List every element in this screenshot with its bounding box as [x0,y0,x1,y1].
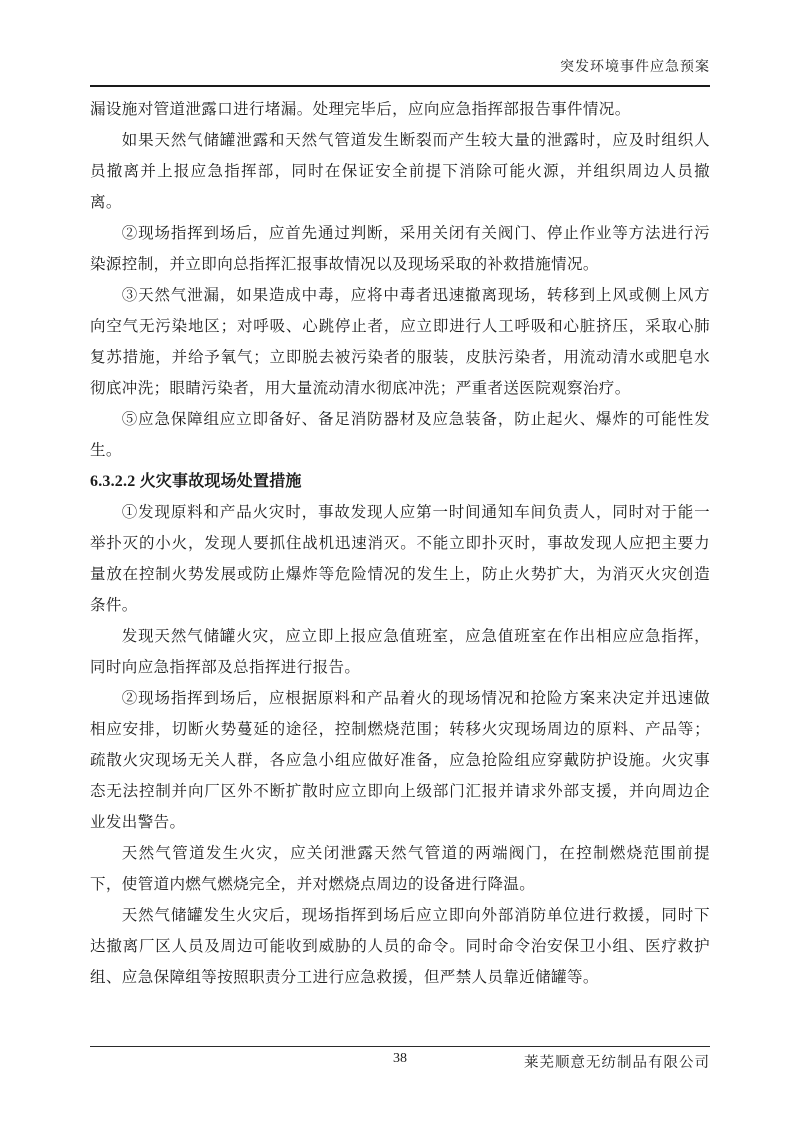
paragraph-continuation: 漏设施对管道泄露口进行堵漏。处理完毕后，应向应急指挥部报告事件情况。 [90,94,710,125]
paragraph: 如果天然气储罐泄露和天然气管道发生断裂而产生较大量的泄露时，应及时组织人员撤离并… [90,125,710,218]
document-body: 漏设施对管道泄露口进行堵漏。处理完毕后，应向应急指挥部报告事件情况。 如果天然气… [90,94,710,993]
paragraph: ②现场指挥到场后，应首先通过判断，采用关闭有关阀门、停止作业等方法进行污染源控制… [90,218,710,280]
paragraph: 天然气储罐发生火灾后，现场指挥到场后应立即向外部消防单位进行救援，同时下达撤离厂… [90,900,710,993]
paragraph: ①发现原料和产品火灾时，事故发现人应第一时间通知车间负责人，同时对于能一举扑灭的… [90,497,710,621]
paragraph: ③天然气泄漏，如果造成中毒，应将中毒者迅速撤离现场，转移到上风或侧上风方向空气无… [90,280,710,404]
paragraph: 天然气管道发生火灾，应关闭泄露天然气管道的两端阀门，在控制燃烧范围前提下，使管道… [90,838,710,900]
page-header: 突发环境事件应急预案 [90,56,710,87]
document-page: 突发环境事件应急预案 漏设施对管道泄露口进行堵漏。处理完毕后，应向应急指挥部报告… [0,0,800,1131]
paragraph: 发现天然气储罐火灾，应立即上报应急值班室，应急值班室在作出相应应急指挥，同时向应… [90,621,710,683]
header-title: 突发环境事件应急预案 [560,60,710,75]
section-heading: 6.3.2.2 火灾事故现场处置措施 [90,466,710,497]
paragraph: ②现场指挥到场后，应根据原料和产品着火的现场情况和抢险方案来决定并迅速做相应安排… [90,683,710,838]
paragraph: ⑤应急保障组应立即备好、备足消防器材及应急装备，防止起火、爆炸的可能性发生。 [90,404,710,466]
page-footer: 38 莱芜顺意无纺制品有限公司 [90,1046,710,1075]
footer-company-name: 莱芜顺意无纺制品有限公司 [524,1051,710,1072]
